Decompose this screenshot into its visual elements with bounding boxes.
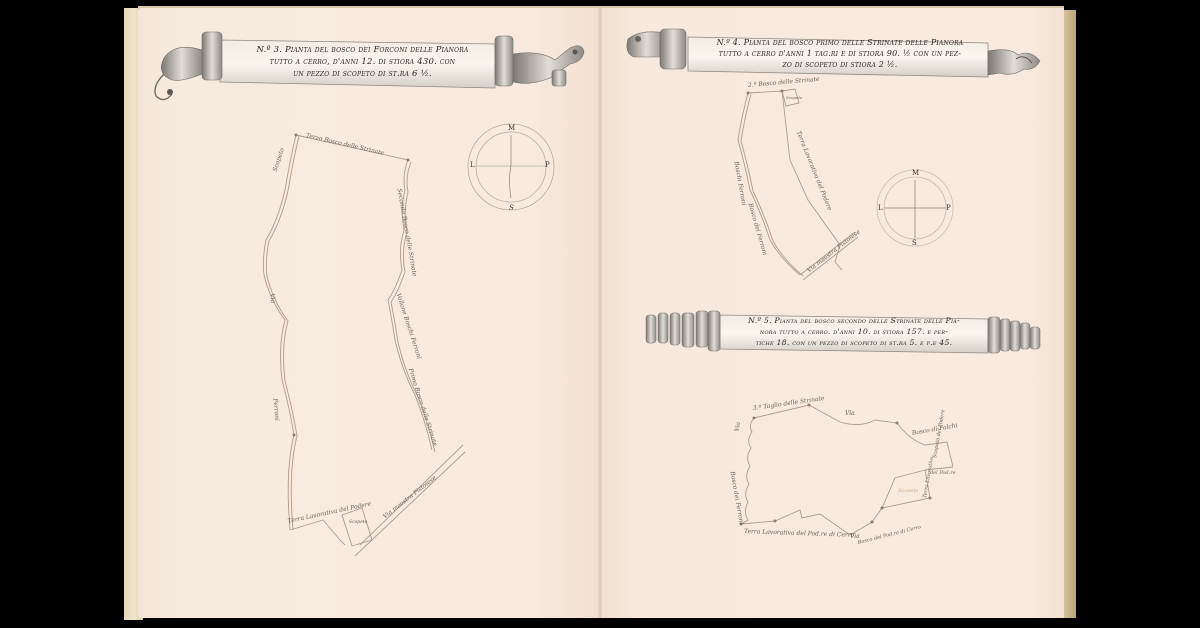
plot5-label-inner-box: Scopeto: [898, 488, 918, 494]
scan-background: N.º 3. Pianta del bosco dei Forconi dell…: [0, 0, 1200, 628]
plot5-label-top-right: Via: [845, 410, 855, 417]
plot5-label-right-inner: del Pod.re: [930, 470, 956, 476]
plot-map-5: [0, 0, 1200, 628]
